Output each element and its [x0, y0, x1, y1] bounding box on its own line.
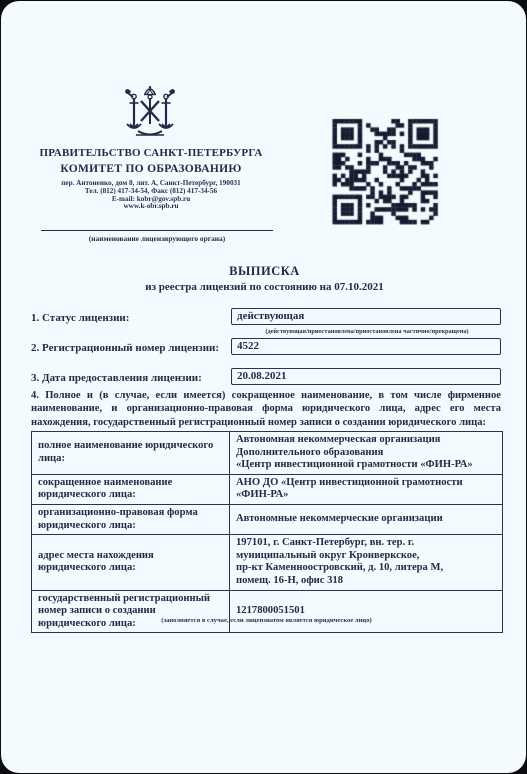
table-row: организационно-правовая форма юридическо… — [32, 504, 503, 534]
issuing-contacts: пер. Антоненко, дом 8, лит. А, Санкт-Пет… — [11, 180, 291, 211]
table-row: полное наименование юридического лица: А… — [32, 432, 503, 475]
issuing-website: www.k-obr.spb.ru — [11, 203, 291, 211]
row-value: 1217800051501 — [230, 590, 503, 633]
row-value: АНО ДО «Центр инвестиционной грамотности… — [230, 474, 503, 504]
row-label: адрес места нахождения юридического лица… — [32, 535, 230, 590]
field-2-label: 2. Регистрационный номер лицензии: — [31, 342, 219, 354]
row-label: государственный регистрационный номер за… — [32, 590, 230, 633]
document-subtitle: из реестра лицензий по состоянию на 07.1… — [1, 281, 527, 293]
table-row: сокращенное наименование юридического ли… — [32, 474, 503, 504]
table-row: государственный регистрационный номер за… — [32, 590, 503, 633]
qr-code — [331, 118, 439, 225]
row-value: 197101, г. Санкт-Петербург, вн. тер. г. … — [230, 535, 503, 590]
row-value: Автономная некоммерческая организация До… — [230, 432, 503, 475]
row-value: Автономные некоммерческие организации — [230, 504, 503, 534]
field-3-label: 3. Дата предоставления лицензии: — [31, 372, 202, 384]
issuing-government: ПРАВИТЕЛЬСТВО САНКТ-ПЕТЕРБУРГА — [21, 147, 281, 159]
section-4-text: 4. Полное и (в случае, если имеется) сок… — [31, 389, 501, 429]
field-2-value-box: 4522 — [231, 338, 501, 355]
row-label: организационно-правовая форма юридическо… — [32, 504, 230, 534]
row-label: сокращенное наименование юридического ли… — [32, 474, 230, 504]
field-1-note: (действующая/приостановлена/приостановле… — [231, 328, 503, 335]
issuing-caption: (наименование лицензирующего органа) — [21, 234, 293, 243]
table-footnote: (заполняется в случае, если лицензиатом … — [31, 617, 502, 624]
issuing-committee: КОМИТЕТ ПО ОБРАЗОВАНИЮ — [21, 163, 281, 175]
spb-coat-of-arms-icon — [124, 85, 176, 141]
table-row: адрес места нахождения юридического лица… — [32, 535, 503, 590]
field-3-value-box: 20.08.2021 — [231, 368, 501, 385]
document-title: ВЫПИСКА — [1, 264, 527, 279]
row-label: полное наименование юридического лица: — [32, 432, 230, 475]
field-1-label: 1. Статус лицензии: — [31, 312, 129, 324]
field-1-value-box: действующая — [231, 308, 501, 325]
document-page: ПРАВИТЕЛЬСТВО САНКТ-ПЕТЕРБУРГА КОМИТЕТ П… — [1, 1, 526, 773]
legal-entity-table: полное наименование юридического лица: А… — [31, 431, 503, 633]
signature-line — [41, 230, 273, 231]
